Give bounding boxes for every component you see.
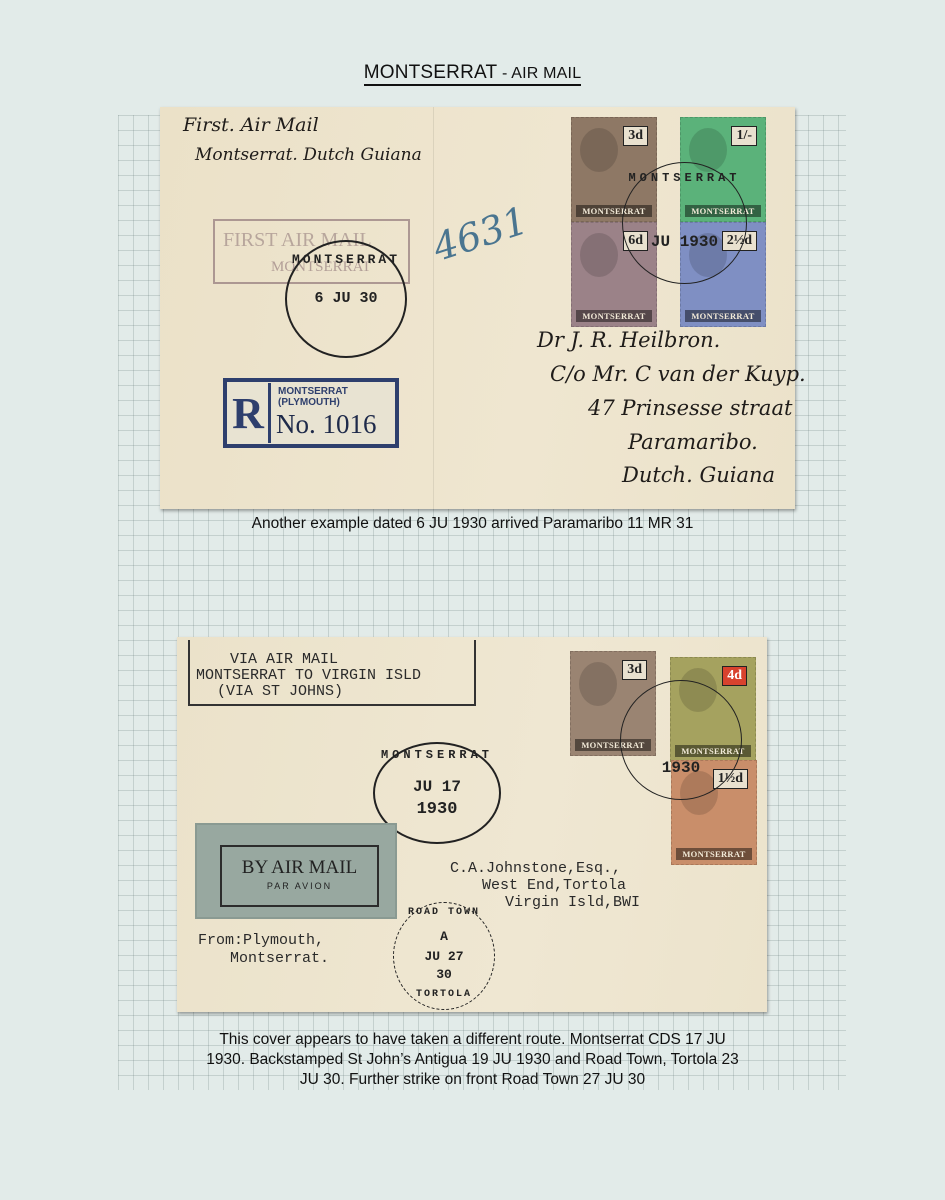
- stamp-value: 1/-: [731, 126, 757, 146]
- stamp-value: 3d: [622, 660, 647, 680]
- manuscript-line-1: First. Air Mail: [183, 114, 319, 136]
- address-line-4: Paramaribo.: [628, 430, 758, 454]
- caption-line-1: This cover appears to have taken a diffe…: [0, 1030, 945, 1050]
- typed-address-line-3: Virgin Isld,BWI: [505, 894, 640, 911]
- road-town-postmark: ROAD TOWN A JU 27 30 TORTOLA: [393, 902, 495, 1010]
- sender-line-2: Montserrat.: [230, 950, 329, 967]
- montserrat-postmark-on-stamps: MONTSERRAT JU 1930: [622, 162, 747, 284]
- address-line-3: 47 Prinsesse straat: [588, 396, 792, 420]
- typed-address-line-2: West End,Tortola: [482, 877, 626, 894]
- manuscript-line-2: Montserrat. Dutch Guiana: [195, 145, 422, 165]
- caption-line-2: 1930. Backstamped St John’s Antigua 19 J…: [0, 1050, 945, 1070]
- cover-fold-line: [433, 107, 434, 509]
- address-line-1: Dr J. R. Heilbron.: [537, 328, 720, 352]
- montserrat-postmark-on-stamps-2: 1930: [620, 680, 742, 800]
- address-line-2: C/o Mr. C van der Kuyp.: [550, 362, 806, 386]
- by-air-mail-label: BY AIR MAIL PAR AVION: [195, 823, 397, 919]
- stamp-country-name: MONTSERRAT: [676, 848, 752, 860]
- stamp-value: 4d: [722, 666, 747, 686]
- cachet-line-2: MONTSERRAT TO VIRGIN ISLD: [196, 667, 421, 684]
- king-george-portrait-icon: [580, 128, 618, 172]
- stamp-value: 3d: [623, 126, 648, 146]
- caption-line-3: JU 30. Further strike on front Road Town…: [0, 1070, 945, 1090]
- typed-address-line-1: C.A.Johnstone,Esq.,: [450, 860, 621, 877]
- sender-line-1: From:Plymouth,: [198, 932, 324, 949]
- registration-label: R MONTSERRAT (PLYMOUTH) No. 1016: [223, 378, 399, 448]
- address-line-5: Dutch. Guiana: [622, 463, 775, 487]
- stamp-country-name: MONTSERRAT: [685, 310, 761, 322]
- caption-cover2: This cover appears to have taken a diffe…: [0, 1030, 945, 1090]
- caption-cover1: Another example dated 6 JU 1930 arrived …: [0, 514, 945, 534]
- cachet-line-1: VIA AIR MAIL: [230, 651, 338, 668]
- king-george-portrait-icon: [580, 233, 618, 277]
- page-title: MONTSERRAT - AIR MAIL: [0, 62, 945, 84]
- king-george-portrait-icon: [579, 662, 617, 706]
- stamp-country-name: MONTSERRAT: [576, 310, 652, 322]
- cachet-line-3: (VIA ST JOHNS): [217, 683, 343, 700]
- montserrat-postmark-cover1: MONTSERRAT 6 JU 30: [285, 240, 407, 358]
